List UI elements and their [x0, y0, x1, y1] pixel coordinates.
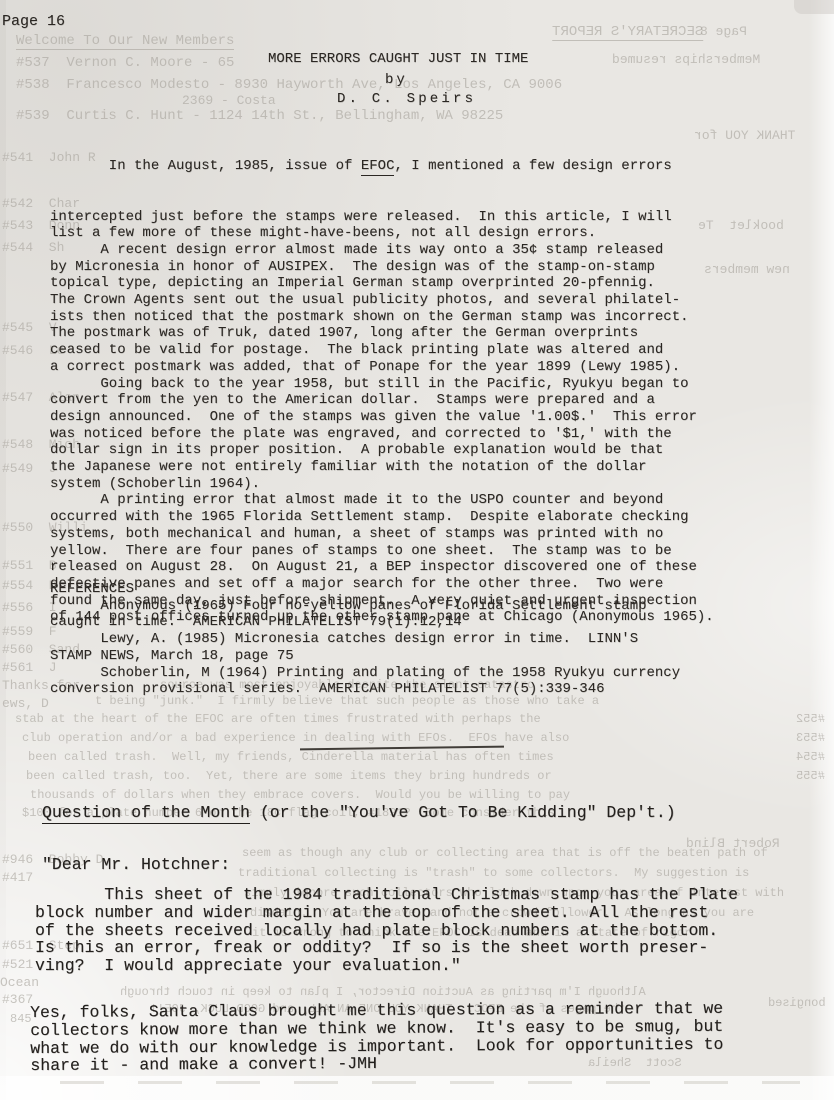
article-title: MORE ERRORS CAUGHT JUST IN TIME	[268, 51, 528, 67]
article-first-line-pre: In the August, 1985, issue of	[50, 158, 361, 174]
efoc-underlined-text: EFOC	[361, 158, 395, 176]
article-first-line-post: , I mentioned a few design errors	[394, 158, 671, 174]
letter-body: This sheet of the 1984 traditional Chris…	[35, 886, 738, 975]
editor-reply: Yes, folks, Santa Claus brought me this …	[30, 1000, 724, 1075]
page-content-layer: Page 16 MORE ERRORS CAUGHT JUST IN TIME …	[0, 0, 834, 1100]
scanned-newsletter-page: Page 8SECRETARY'S REPORTWelcome To Our N…	[0, 0, 834, 1100]
question-of-month-heading: Question of the Month (or the "You've Go…	[42, 803, 676, 822]
article-author: D. C. Speirs	[337, 91, 476, 107]
article-body: In the August, 1985, issue of EFOC, I me…	[50, 125, 714, 660]
article-byline: by	[385, 72, 408, 88]
article-body-lines: intercepted just before the stamps were …	[50, 209, 714, 627]
article-first-line: In the August, 1985, issue of EFOC, I me…	[50, 158, 714, 175]
scan-smear-line	[60, 1081, 800, 1084]
section-divider-rule	[300, 746, 504, 751]
question-heading-underlined: Question of the Month	[42, 803, 250, 824]
letter-salutation: "Dear Mr. Hotchner:	[42, 855, 230, 874]
page-number: Page 16	[2, 13, 65, 30]
scan-smudge	[794, 0, 834, 14]
question-heading-rest: (or the "You've Got To Be Kidding" Dep't…	[250, 803, 676, 822]
references-section: REFERENCES Anonymous (1965) Four no-yell…	[50, 581, 680, 698]
